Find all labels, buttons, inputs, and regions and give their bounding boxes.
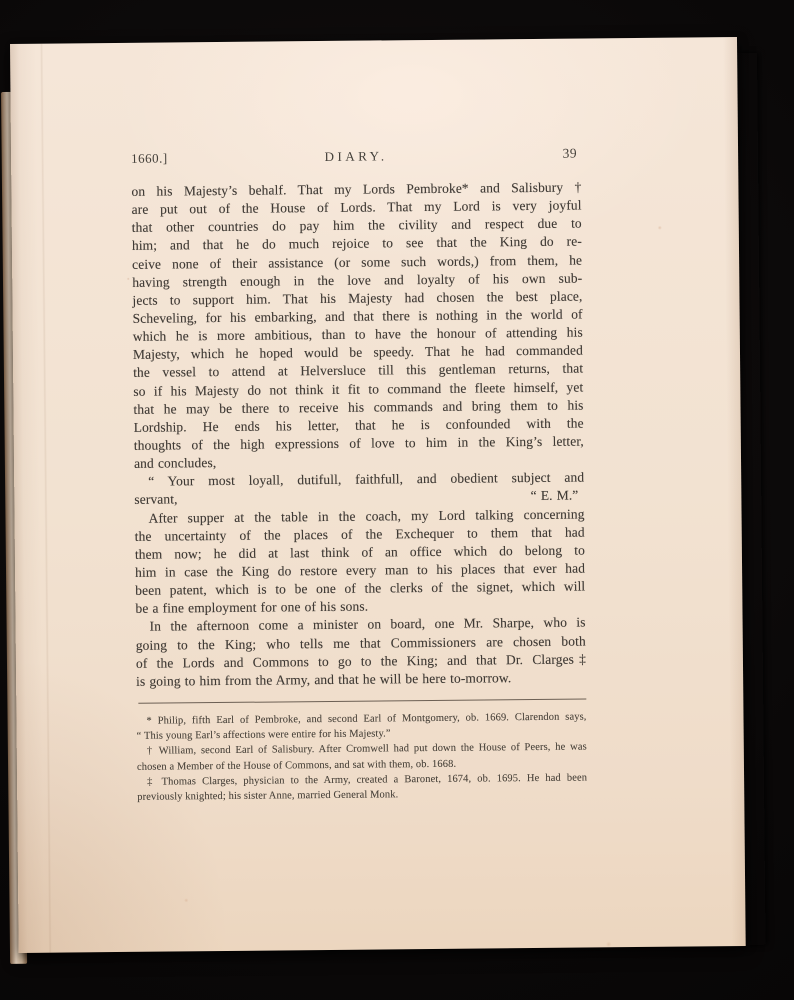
- line-text: so if his Majesty do not think it fit to…: [133, 379, 583, 398]
- line-text: “ Your most loyall, dutifull, faithfull,…: [148, 470, 584, 489]
- line-text: that he may be there to receive his comm…: [133, 397, 583, 416]
- footnote-text: “ This young Earl’s affections were enti…: [137, 729, 391, 742]
- line-text: is going to him from the Army, and that …: [136, 670, 511, 689]
- line-text: are put out of the House of Lords. That …: [132, 198, 582, 217]
- line-text: Scheveling, for his embarking, and that …: [133, 307, 583, 326]
- line-text: the uncertainty of the places of the Exc…: [135, 524, 585, 543]
- body-line: is going to him from the Army, and that …: [136, 668, 586, 690]
- line-text: him in case the King do restore every ma…: [135, 560, 585, 579]
- line-text: jects to support him. That his Majesty h…: [132, 288, 582, 307]
- book-photo: 1660.] DIARY. 39 on his Majesty’s behalf…: [0, 0, 794, 1000]
- page-number: 39: [563, 146, 578, 162]
- line-text: Majesty, which he hoped would be speedy.…: [133, 343, 583, 362]
- footnote-line: previously knighted; his sister Anne, ma…: [137, 785, 587, 805]
- line-text: been patent, which is to be one of the c…: [135, 579, 585, 598]
- line-text: going to the King; who tells me that Com…: [136, 633, 586, 652]
- footnote-text: ‡ Thomas Clarges, physician to the Army,…: [147, 772, 587, 787]
- line-text: of the Lords and Commons to go to the Ki…: [136, 651, 586, 670]
- line-text: on his Majesty’s behalf. That my Lords P…: [131, 180, 581, 199]
- footnote-text: † William, second Earl of Salisbury. Aft…: [147, 742, 587, 757]
- line-text: having strength enough in the love and l…: [132, 270, 582, 289]
- footnote-text: chosen a Member of the House of Commons,…: [137, 758, 456, 772]
- line-text: and concludes,: [134, 455, 216, 471]
- line-text: be a fine employment for one of his sons…: [135, 599, 368, 616]
- footnote-text: * Philip, fifth Earl of Pembroke, and se…: [146, 711, 586, 726]
- line-text: thoughts of the high expressions of love…: [134, 433, 584, 452]
- line-text: them now; he did at last think of an off…: [135, 542, 585, 561]
- line-text: which he is more ambitious, than to have…: [133, 325, 583, 344]
- line-text: Lordship. He ends his letter, that he is…: [134, 415, 584, 434]
- line-text: him; and that he do much rejoice to see …: [132, 234, 582, 253]
- footnote-divider: [138, 698, 586, 703]
- body-text: on his Majesty’s behalf. That my Lords P…: [131, 179, 586, 691]
- page-header: 1660.] DIARY. 39: [131, 147, 581, 169]
- footnote-text: previously knighted; his sister Anne, ma…: [137, 789, 398, 803]
- footnotes: * Philip, fifth Earl of Pembroke, and se…: [136, 709, 587, 804]
- line-text: After supper at the table in the coach, …: [148, 506, 584, 525]
- line-text: servant,: [134, 491, 177, 510]
- line-text: the vessel to attend at Helversluce till…: [133, 361, 583, 380]
- header-title: DIARY.: [131, 147, 581, 167]
- line-text: In the afternoon come a minister on boar…: [150, 615, 586, 634]
- line-text: that other countries do pay him the civi…: [132, 216, 582, 235]
- line-right-text: “ E. M.”: [531, 487, 585, 506]
- line-text: ceive none of their assistance (or some …: [132, 252, 582, 271]
- book-page: 1660.] DIARY. 39 on his Majesty’s behalf…: [10, 37, 746, 953]
